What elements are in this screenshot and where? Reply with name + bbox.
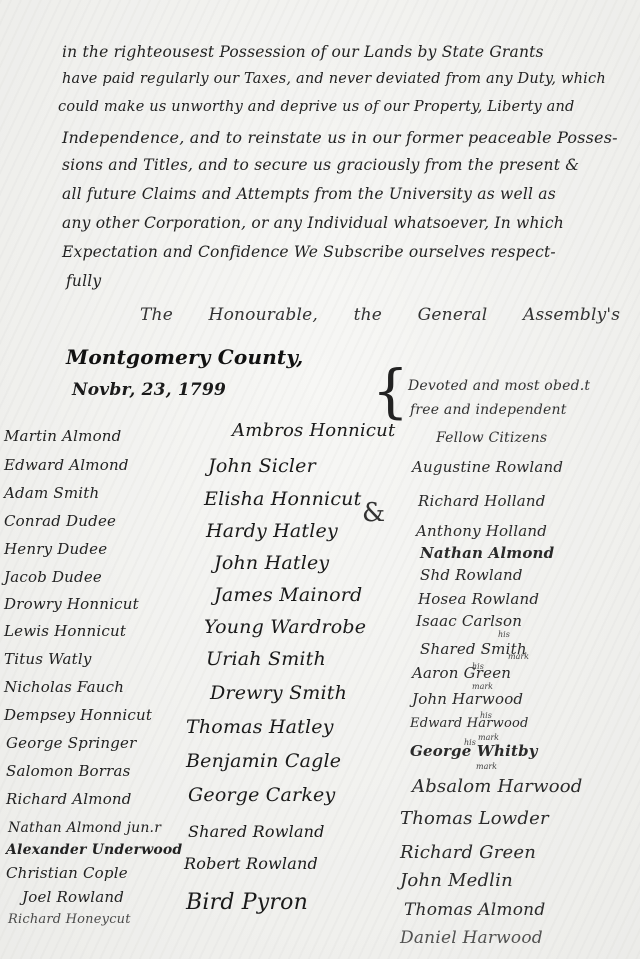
mark-annotation: his (464, 738, 476, 747)
signature: Joel Rowland (22, 888, 124, 906)
body-line-6: all future Claims and Attempts from the … (62, 185, 556, 203)
signature: Jacob Dudee (4, 568, 102, 586)
signature: Ambros Honnicut (232, 420, 395, 441)
closing-line-3: Fellow Citizens (436, 430, 547, 446)
body-line-4: Independence, and to reinstate us in our… (62, 128, 618, 147)
signature: Shared Rowland (188, 822, 325, 841)
signature: Richard Holland (418, 492, 546, 510)
signature: Richard Green (400, 842, 536, 863)
signature: Benjamin Cagle (186, 750, 341, 772)
signature: Drewry Smith (210, 682, 347, 704)
signature: Edward Almond (4, 456, 129, 474)
signature: Christian Cople (6, 864, 128, 882)
signature: John Harwood (412, 690, 523, 708)
body-line-9: fully (66, 272, 101, 290)
signature: Bird Pyron (186, 890, 308, 915)
signature: Richard Almond (6, 790, 132, 808)
closing-line-1: Devoted and most obed.t (408, 378, 590, 394)
signature: Thomas Lowder (400, 808, 549, 829)
body-line-2: have paid regularly our Taxes, and never… (62, 71, 606, 87)
signature: Elisha Honnicut (204, 488, 361, 510)
body-line-1: in the righteousest Possession of our La… (62, 43, 544, 61)
signature: Uriah Smith (206, 648, 326, 670)
mark-annotation: mark (478, 733, 499, 742)
petition-date: Novbr, 23, 1799 (72, 380, 226, 400)
signature: Absalom Harwood (412, 776, 583, 797)
signature: John Medlin (400, 870, 513, 891)
mark-annotation: mark (508, 652, 529, 661)
signature: Titus Watly (4, 650, 92, 668)
signature: Alexander Underwood (6, 842, 182, 858)
signature: Dempsey Honnicut (4, 706, 152, 724)
signature: Robert Rowland (184, 854, 318, 873)
brace-mark: { (372, 362, 409, 420)
signature: Lewis Honnicut (4, 622, 126, 640)
mark-annotation: mark (476, 762, 497, 771)
signature: Edward Harwood (410, 716, 529, 731)
signature: Henry Dudee (4, 540, 107, 558)
signature: John Sicler (208, 455, 316, 477)
signature: Augustine Rowland (412, 458, 563, 476)
signature: Anthony Holland (416, 522, 547, 540)
signature: John Hatley (214, 552, 329, 574)
mark-annotation: mark (472, 682, 493, 691)
signature: Daniel Harwood (400, 928, 543, 948)
signature: Nicholas Fauch (4, 678, 124, 696)
signature: Martin Almond (4, 427, 121, 445)
body-line-5: sions and Titles, and to secure us graci… (62, 156, 579, 174)
mark-annotation: his (498, 630, 510, 639)
mark-annotation: his (480, 711, 492, 720)
document-page: in the righteousest Possession of our La… (0, 0, 640, 959)
signature: Thomas Almond (404, 900, 545, 920)
signature: Richard Honeycut (8, 912, 131, 927)
signature: Hosea Rowland (418, 590, 539, 608)
signature: Young Wardrobe (204, 616, 366, 638)
body-line-7: any other Corporation, or any Individual… (62, 214, 564, 232)
signature: Thomas Hatley (186, 716, 334, 738)
signature: Drowry Honnicut (4, 595, 139, 613)
signature: Aaron Green (412, 664, 511, 682)
signature: George Carkey (188, 784, 335, 806)
signature: Shd Rowland (420, 566, 523, 584)
signature: George Springer (6, 734, 136, 752)
ampersand-mark: & (362, 498, 385, 528)
body-line-3: could make us unworthy and deprive us of… (58, 99, 575, 115)
signature: Conrad Dudee (4, 512, 116, 530)
addressee-heading: The Honourable, the General Assembly's (140, 305, 620, 325)
body-line-8: Expectation and Confidence We Subscribe … (62, 243, 556, 261)
signature: Adam Smith (4, 484, 99, 502)
signature: James Mainord (214, 584, 362, 606)
signature: Nathan Almond (420, 544, 554, 562)
signature: Salomon Borras (6, 762, 131, 780)
signature: Nathan Almond jun.r (8, 820, 161, 836)
mark-annotation: his (472, 662, 484, 671)
county-heading: Montgomery County, (66, 345, 303, 369)
signature: Isaac Carlson (416, 612, 522, 630)
closing-line-2: free and independent (410, 402, 567, 418)
signature: Hardy Hatley (206, 520, 338, 542)
